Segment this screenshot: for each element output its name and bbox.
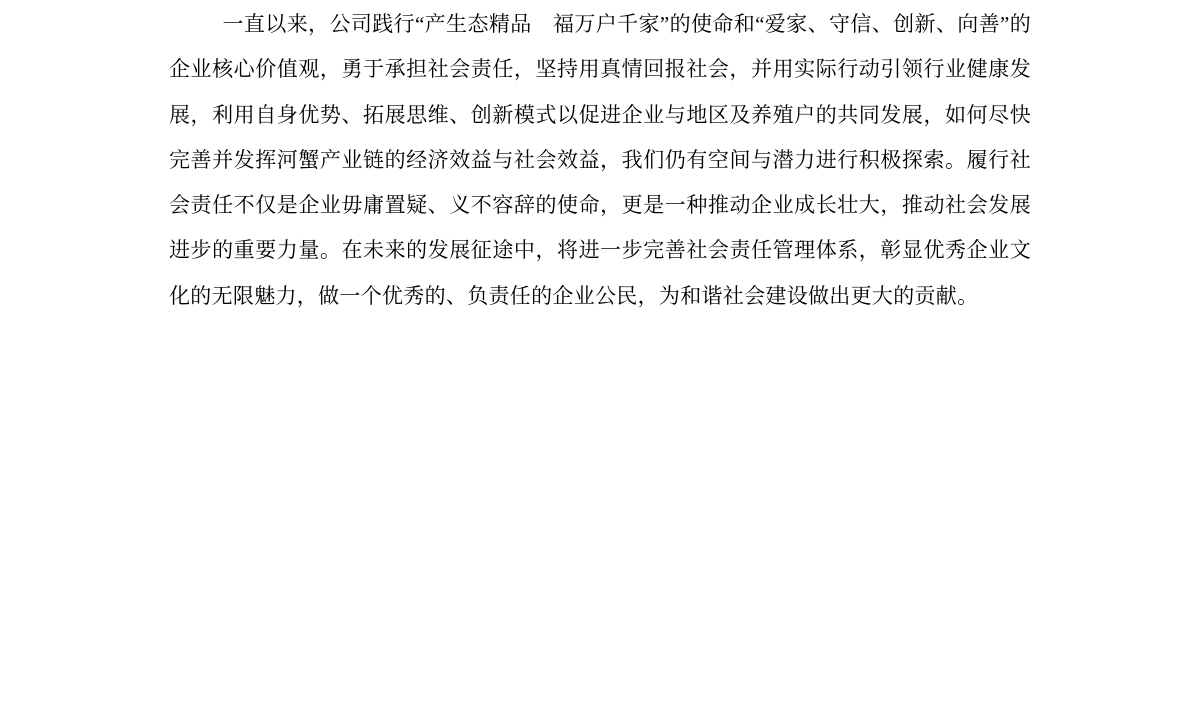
text-block: 一直以来，公司践行“产生态精品 福万户千家”的使命和“爱家、守信、创新、向善”的…: [169, 2, 1031, 319]
document-page: 一直以来，公司践行“产生态精品 福万户千家”的使命和“爱家、守信、创新、向善”的…: [0, 0, 1190, 719]
body-paragraph: 一直以来，公司践行“产生态精品 福万户千家”的使命和“爱家、守信、创新、向善”的…: [169, 2, 1031, 319]
